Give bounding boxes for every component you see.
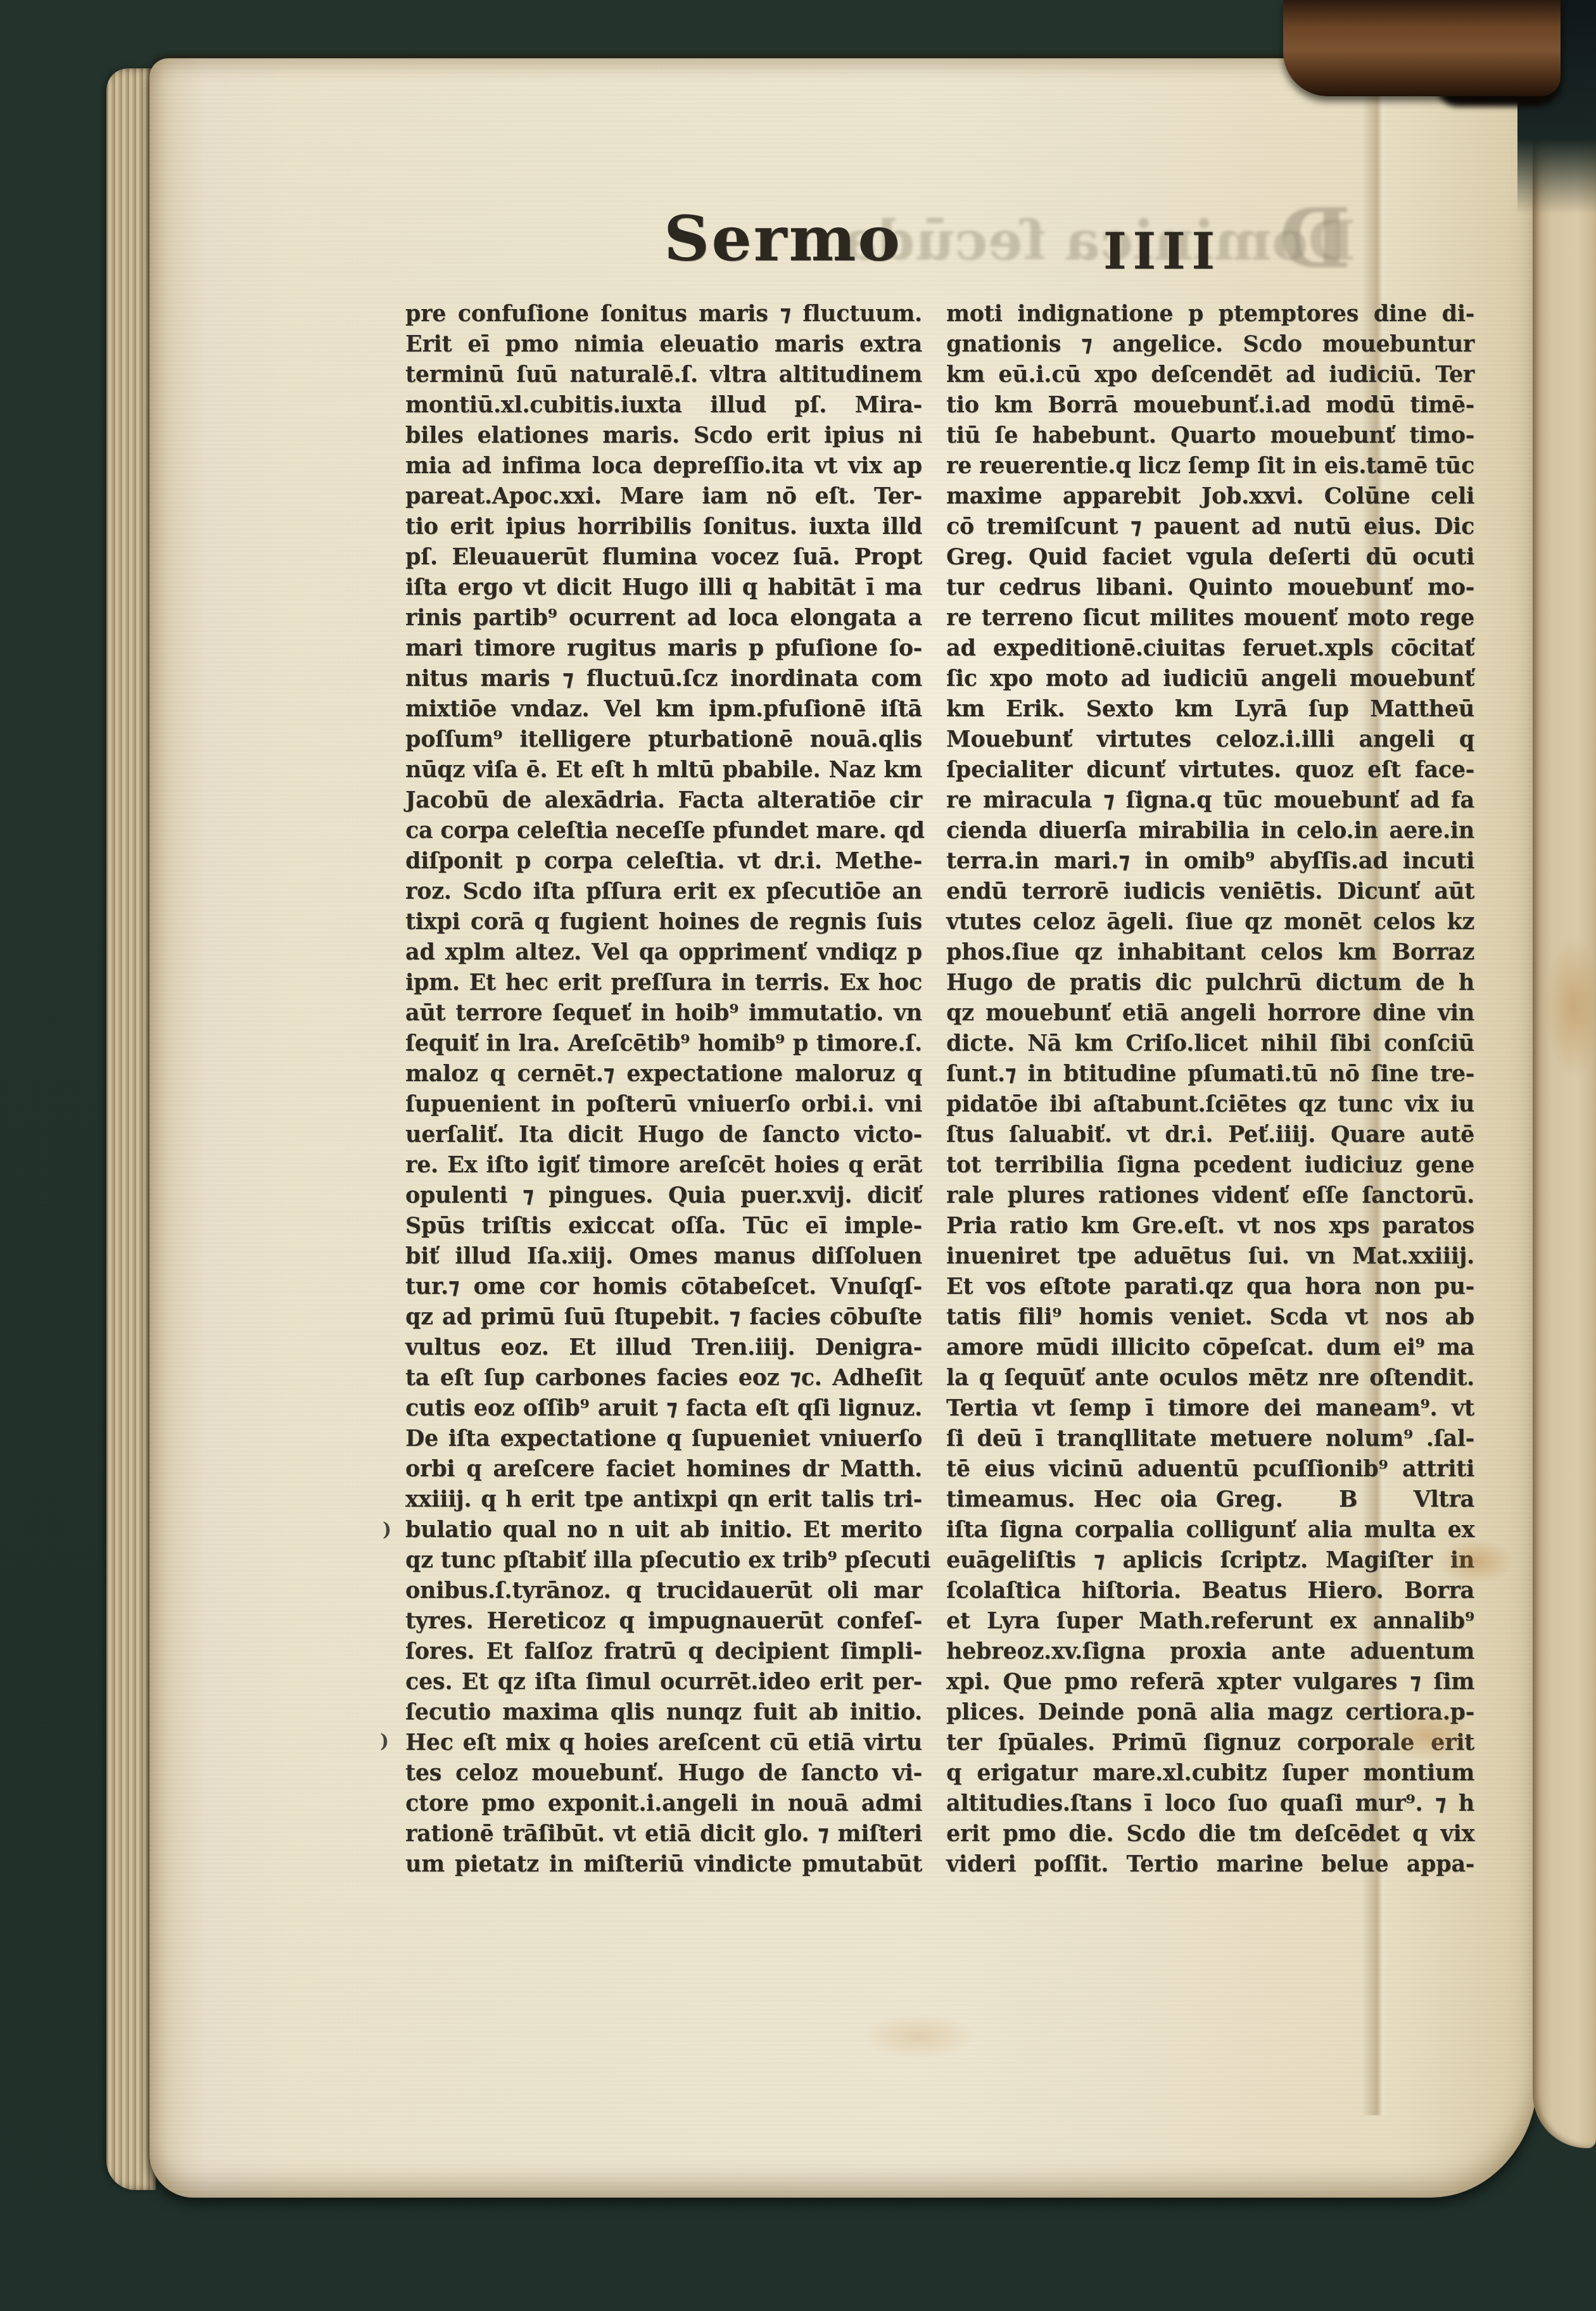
text-line: biles elationes maris. Scdo erit ipius n… (405, 421, 922, 451)
text-line: terminū ſuū naturalē.ſ. vltra altitudine… (405, 360, 922, 390)
text-line: ſpecialiter dicunť virtutes. quoz eſt fa… (946, 755, 1474, 785)
marginal-mark: ) (380, 1730, 389, 1752)
text-line: et Lyra ſuper Math.referunt ex annalib⁹ (946, 1606, 1474, 1637)
text-line: ſores. Et falſoz fratrū q decipient ſimp… (405, 1637, 922, 1667)
text-line: Hec eſt mix q hoies areſcent cū etiā vir… (405, 1728, 922, 1758)
text-line: Mouebunť virtutes celoz.i.illi angeli q (946, 725, 1474, 755)
text-line: roz. Scdo iſta pſſura erit ex pſecutiōe … (405, 877, 922, 907)
text-line: ſcolaſtica hiſtoria. Beatus Hiero. Borra (946, 1576, 1474, 1606)
text-line: phos.ſiue qz inhabitant celos km Borraz (946, 937, 1474, 968)
text-line: gnationis ⁊ angelice. Scdo mouebuntur (946, 329, 1474, 360)
text-line: Et vos eſtote parati.qz qua hora non pu- (946, 1272, 1474, 1302)
text-line: Greg. Quid faciet vgula deſerti dū ocuti (946, 542, 1474, 573)
page-stack-edges (106, 68, 156, 2190)
running-title: Sermo (664, 203, 902, 275)
text-line: re reuerentie.q licz ſemp ſit in eis.tam… (946, 451, 1474, 481)
text-line: moti indignatione p ptemptores dine di- (946, 299, 1474, 329)
text-line: videri poſſit. Tertio marine belue appa- (946, 1849, 1474, 1880)
text-line: tatis fili⁹ homis veniet. Scda vt nos ab (946, 1302, 1474, 1333)
text-line: tixpi corā q fugient hoines de regnis ſu… (405, 907, 922, 937)
text-line: rationē trāſibūt. vt etiā dicit glo. ⁊ m… (405, 1819, 922, 1849)
ink-bleed-ghost-initial: D (1279, 190, 1351, 287)
text-line: inueniret tpe aduētus ſui. vn Mat.xxiiij… (946, 1241, 1474, 1272)
text-line: mia ad infima loca depreſſio.ita vt vix … (405, 451, 922, 481)
foxing-stain (1545, 937, 1596, 1077)
text-line: erit pmo die. Scdo die tm deſcēdet q vix (946, 1819, 1474, 1849)
marginal-mark: ) (383, 1519, 391, 1541)
text-line: tio km Borrā mouebunť.i.ad modū timē- (946, 390, 1474, 421)
text-line: mixtiōe vndaz. Vel km ipm.pfuſionē iſtā (405, 694, 922, 725)
text-line: pſ. Eleuauerūt flumina vocez ſuā. Propt (405, 542, 922, 573)
text-line: terra.in mari.⁊ in omib⁹ abyſſis.ad incu… (946, 846, 1474, 877)
text-line: ſic xpo moto ad iudiciū angeli mouebunť (946, 664, 1474, 694)
text-line: km eū.i.cū xpo deſcendēt ad iudiciū. Ter (946, 360, 1474, 390)
text-line: qz tunc pſtabiť illa pſecutio ex trib⁹ p… (405, 1545, 922, 1576)
text-line: timeamus. Hec oia Greg. B Vltra (946, 1485, 1474, 1515)
text-line: mari timore rugitus maris p pfuſione ſo- (405, 633, 922, 664)
text-line: montiū.xl.cubitis.iuxta illud pſ. Mira- (405, 390, 922, 421)
binding-board (1283, 0, 1561, 96)
text-line: endū terrorē iudicis veniētis. Dicunť aū… (946, 877, 1474, 907)
text-line: ad xplm altez. Vel qa opprimenť vndiqz p (405, 937, 922, 968)
text-line: Pria ratio km Gre.eſt. vt nos xps parato… (946, 1211, 1474, 1241)
text-line: tur cedrus libani. Quinto mouebunť mo- (946, 573, 1474, 603)
text-line: ctore pmo exponit.i.angeli in nouā admi (405, 1789, 922, 1819)
text-line: ſi deū ī tranqllitate metuere nolum⁹ .ſa… (946, 1424, 1474, 1454)
text-line: rale plures rationes videnť eſſe ſanctor… (946, 1181, 1474, 1211)
fore-edge-leaves (1533, 94, 1596, 2148)
text-line: tē eius vicinū aduentū pcuſſionib⁹ attri… (946, 1454, 1474, 1485)
text-line: pre confuſione ſonitus maris ⁊ fluctuum. (405, 299, 922, 329)
scanned-book-page: Dominica ſecūda D Sermo IIII pre confuſi… (0, 0, 1596, 2311)
text-line: cienda diuerſa mirabilia in celo.in aere… (946, 816, 1474, 846)
text-line: ces. Et qz iſta ſimul ocurrēt.ideo erit … (405, 1667, 922, 1697)
text-line: tes celoz mouebunť. Hugo de ſancto vi- (405, 1758, 922, 1789)
text-line: poſſum⁹ itelligere pturbationē nouā.qlis (405, 725, 922, 755)
text-line: re. Ex iſto igiť timore areſcēt hoies q … (405, 1150, 922, 1181)
text-line: ſunt.⁊ in btitudine pſumati.tū nō ſine t… (946, 1059, 1474, 1089)
text-line: opulenti ⁊ pingues. Quia puer.xvij. dici… (405, 1181, 922, 1211)
text-line: pidatōe ibi aſtabunt.ſciētes qz tunc vix… (946, 1089, 1474, 1120)
folio-number: IIII (1103, 223, 1221, 281)
text-line: amore mūdi illicito cōpeſcat. dum ei⁹ ma (946, 1333, 1474, 1363)
text-line: cō tremiſcunt ⁊ pauent ad nutū eius. Dic (946, 512, 1474, 542)
text-line: tyres. Hereticoz q impugnauerūt confeſ- (405, 1606, 922, 1637)
text-line: ſecutio maxima qlis nunqz fuit ab initio… (405, 1697, 922, 1728)
text-line: aūt terrore ſequeť in hoib⁹ immutatio. v… (405, 998, 922, 1029)
text-line: ta eſt ſup carbones facies eoz ⁊c. Adheſ… (405, 1363, 922, 1393)
text-line: uerſaliť. Ita dicit Hugo de ſancto victo… (405, 1120, 922, 1150)
text-line: hebreoz.xv.ſigna proxia ante aduentum (946, 1637, 1474, 1667)
text-line: re terreno ſicut milites mouenť moto reg… (946, 603, 1474, 633)
text-line: um pietatz in miſteriū vindicte pmutabūt (405, 1849, 922, 1880)
text-line: tiū ſe habebunt. Quarto mouebunť timo- (946, 421, 1474, 451)
text-line: De iſta expectatione q ſupueniet vniuerſ… (405, 1424, 922, 1454)
text-line: vultus eoz. Et illud Tren.iiij. Denigra- (405, 1333, 922, 1363)
text-line: Hugo de pratis dic pulchrū dictum de h (946, 968, 1474, 998)
text-line: tot terribilia ſigna pcedent iudiciuz ge… (946, 1150, 1474, 1181)
text-line: Erit eī pmo nimia eleuatio maris extra (405, 329, 922, 360)
text-line: ipm. Et hec erit preſſura in terris. Ex … (405, 968, 922, 998)
foxing-stain (1438, 1539, 1514, 1583)
text-column-left: pre confuſione ſonitus maris ⁊ fluctuum.… (405, 299, 922, 1880)
text-line: rinis partib⁹ ocurrent ad loca elongata … (405, 603, 922, 633)
text-line: nitus maris ⁊ fluctuū.ſcz inordinata com (405, 664, 922, 694)
text-line: xxiiij. q h erit tpe antixpi qn erit tal… (405, 1485, 922, 1515)
text-line: Tertia vt ſemp ī timore dei maneam⁹. vt (946, 1393, 1474, 1424)
text-line: Jacobū de alexādria. Facta alteratiōe ci… (405, 785, 922, 816)
text-line: ſequiť in lra. Areſcētib⁹ homib⁹ p timor… (405, 1029, 922, 1059)
text-line: dicte. Nā km Criſo.licet nihil ſibi conſ… (946, 1029, 1474, 1059)
text-line: tio erit ipius horribilis ſonitus. iuxta… (405, 512, 922, 542)
text-line: iſta ſigna corpalia colligunť alia multa… (946, 1515, 1474, 1545)
foxing-stain (861, 2014, 975, 2058)
text-line: maloz q cernēt.⁊ expectatione maloruz q (405, 1059, 922, 1089)
text-line: orbi q areſcere faciet homines dr Matth. (405, 1454, 922, 1485)
foxing-stain (1381, 1710, 1476, 1761)
text-line: euāgeliſtis ⁊ aplicis ſcriptz. Magiſter … (946, 1545, 1474, 1576)
text-line: pareat.Apoc.xxi. Mare iam nō eſt. Ter- (405, 481, 922, 512)
text-column-right: moti indignatione p ptemptores dine di-g… (946, 299, 1474, 1880)
text-line: onibus.ſ.tyrānoz. q trucidauerūt oli mar (405, 1576, 922, 1606)
text-line: ſtus ſaluabiť. vt dr.i. Peť.iiij. Quare … (946, 1120, 1474, 1150)
text-line: ca corpa celeſtia neceſſe pfundet mare. … (405, 816, 922, 846)
text-line: la q ſequūť ante oculos mētz nre oſtendi… (946, 1363, 1474, 1393)
text-line: vtutes celoz āgeli. ſiue qz monēt celos … (946, 907, 1474, 937)
text-line: cutis eoz oſſib⁹ aruit ⁊ facta eſt qſi l… (405, 1393, 922, 1424)
text-line: nūqz viſa ē. Et eſt h mltū pbabile. Naz … (405, 755, 922, 785)
text-line: tur.⁊ ome cor homis cōtabeſcet. Vnuſqſ- (405, 1272, 922, 1302)
text-line: re miracula ⁊ ſigna.q tūc mouebunť ad fa (946, 785, 1474, 816)
text-line: xpi. Que pmo referā xpter vulgares ⁊ ſim (946, 1667, 1474, 1697)
text-line: ad expeditionē.ciuitas feruet.xpls cōcit… (946, 633, 1474, 664)
text-line: Spūs triſtis exiccat oſſa. Tūc eī imple- (405, 1211, 922, 1241)
text-line: ſupuenient in poſterū vniuerſo orbi.i. v… (405, 1089, 922, 1120)
text-line: maxime apparebit Job.xxvi. Colūne celi (946, 481, 1474, 512)
text-line: q erigatur mare.xl.cubitz ſuper montium (946, 1758, 1474, 1789)
text-line: biť illud Iſa.xiij. Omes manus diſſoluen (405, 1241, 922, 1272)
text-line: bulatio qual no n uit ab initio. Et meri… (405, 1515, 922, 1545)
text-line: qz mouebunť etiā angeli horrore dine vin (946, 998, 1474, 1029)
text-line: iſta ergo vt dicit Hugo illi q habitāt ī… (405, 573, 922, 603)
text-line: qz ad primū ſuū ſtupebit. ⁊ facies cōbuſ… (405, 1302, 922, 1333)
text-line: diſponit p corpa celeſtia. vt dr.i. Meth… (405, 846, 922, 877)
text-line: km Erik. Sexto km Lyrā ſup Mattheū (946, 694, 1474, 725)
text-line: altitudies.ſtans ī loco ſuo quaſi mur⁹. … (946, 1789, 1474, 1819)
